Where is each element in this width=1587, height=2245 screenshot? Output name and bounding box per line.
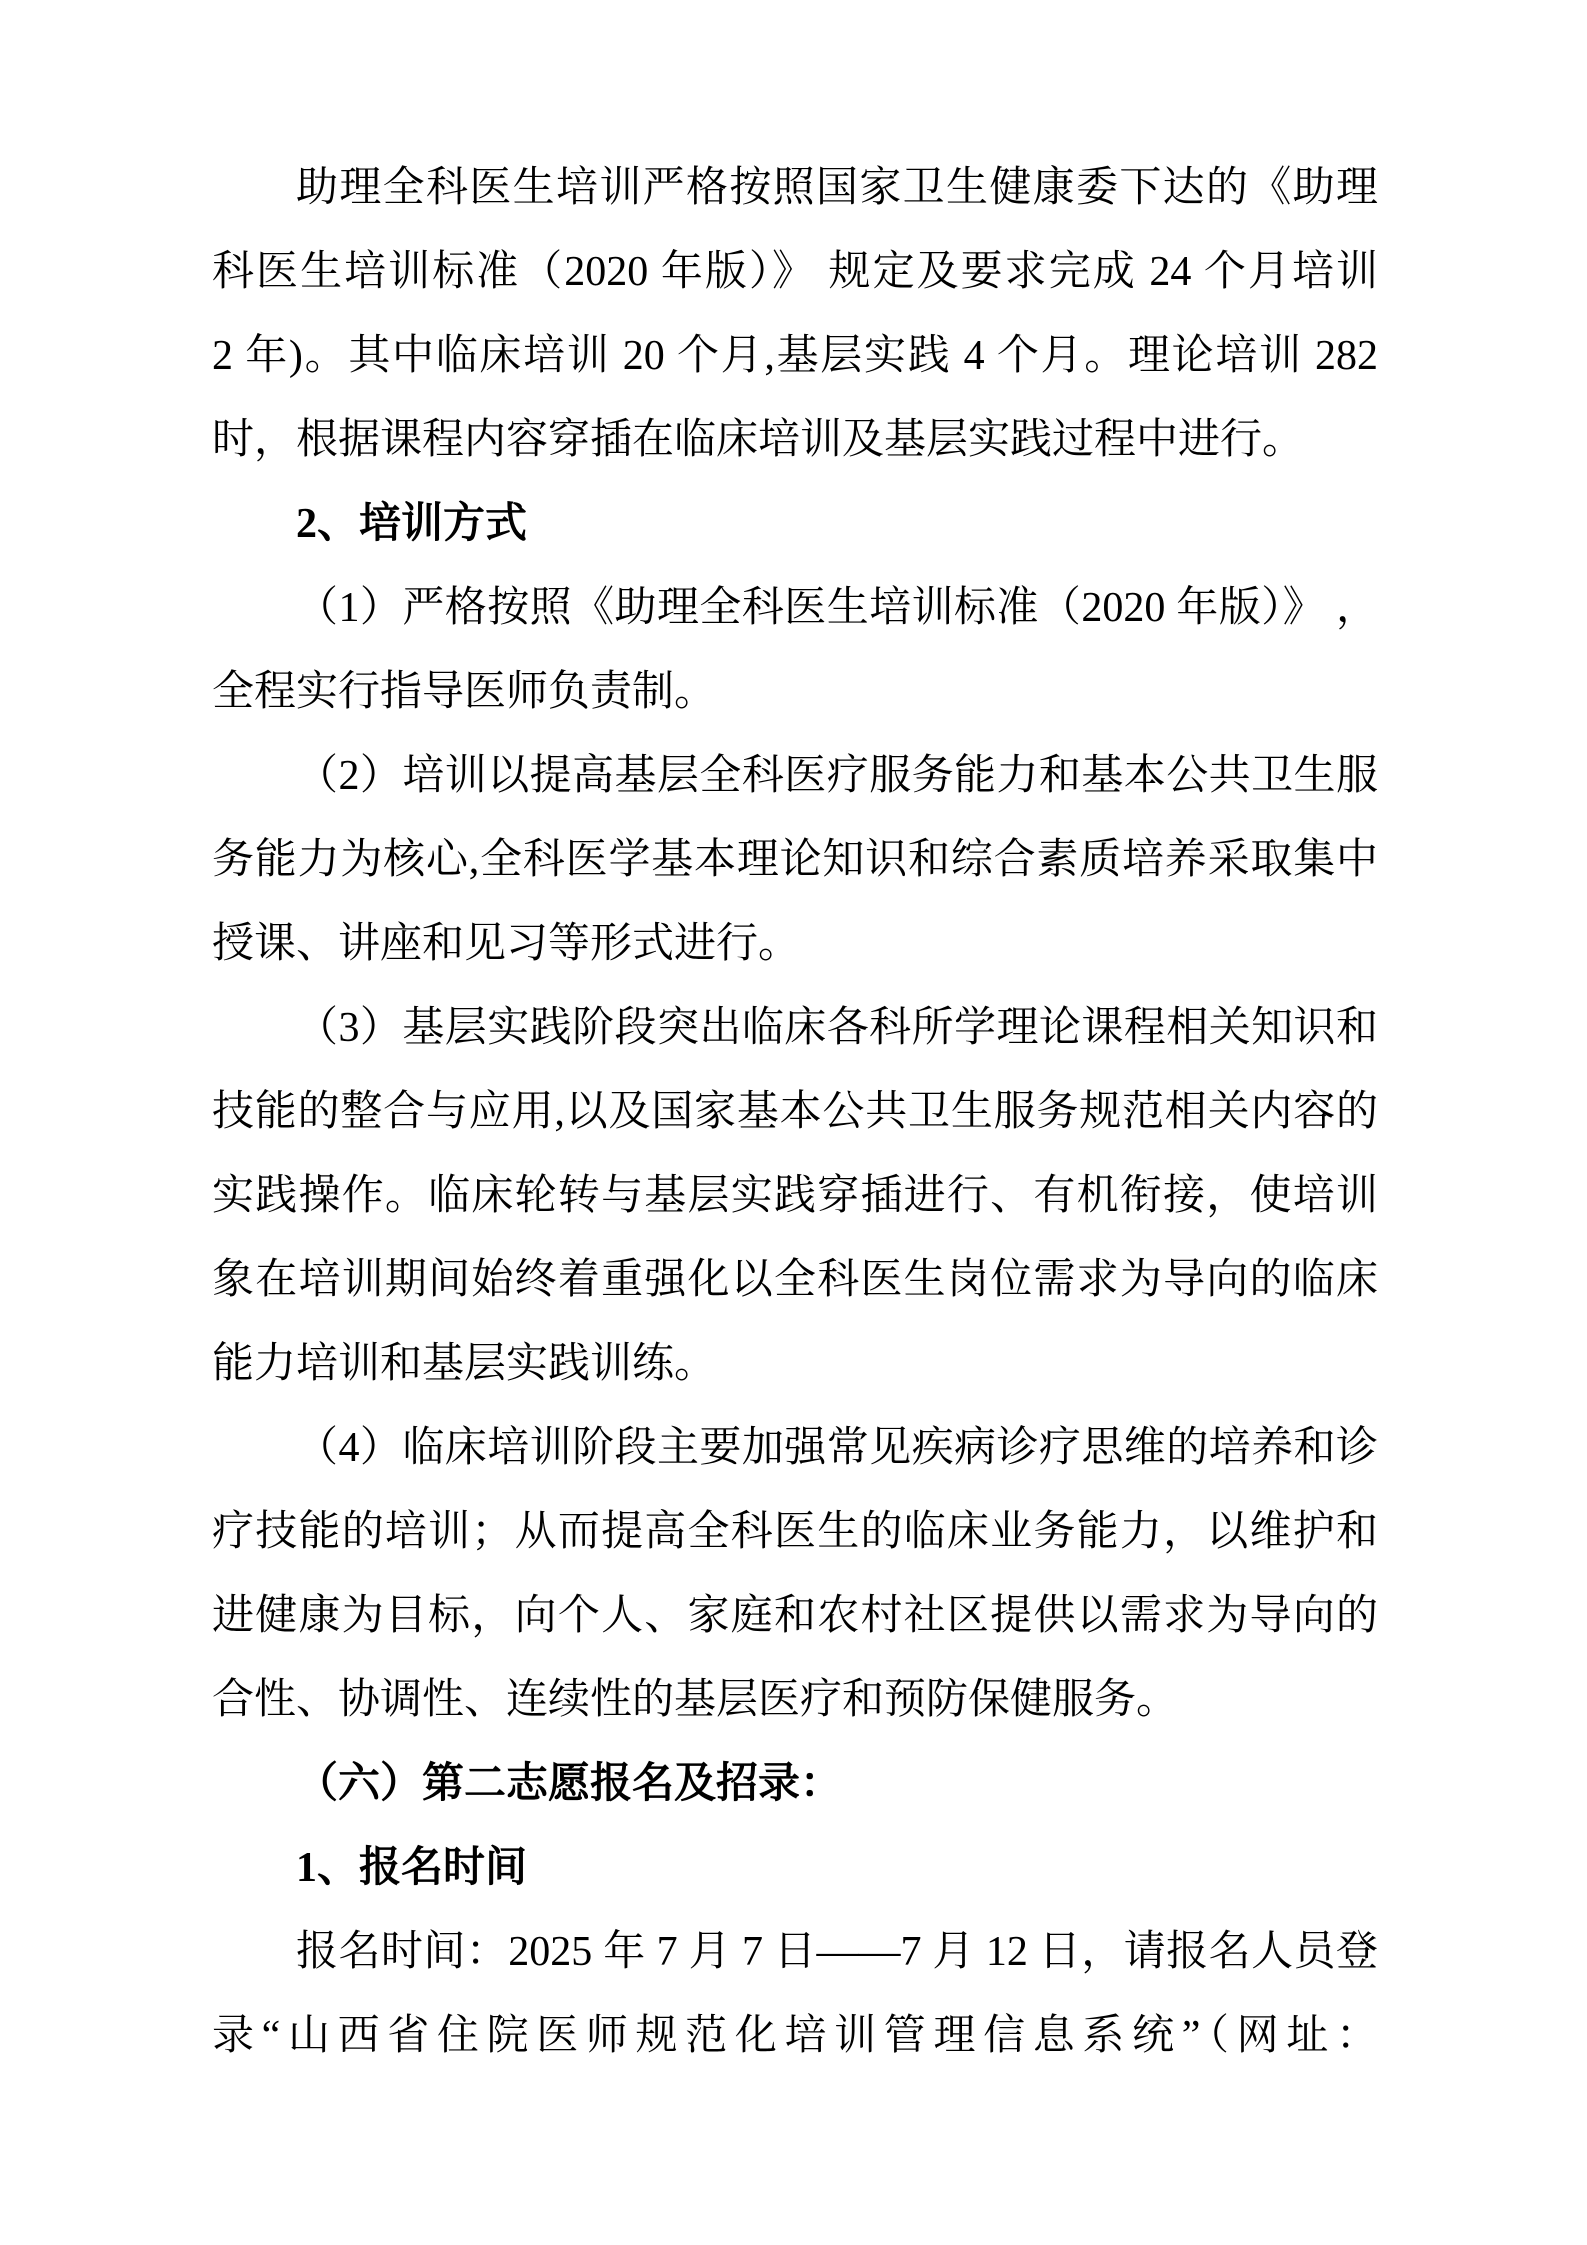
paragraph-line: （2）培训以提高基层全科医疗服务能力和基本公共卫生服 — [212, 734, 1378, 818]
paragraph-line: 报名时间：2025 年 7 月 7 日——7 月 12 日，请报名人员登 — [212, 1910, 1378, 1994]
paragraph-line: 实践操作。临床轮转与基层实践穿插进行、有机衔接，使培训对 — [212, 1154, 1378, 1238]
heading-second-choice-registration: （六）第二志愿报名及招录： — [212, 1742, 1378, 1826]
paragraph-line: 全程实行指导医师负责制。 — [212, 650, 1378, 734]
paragraph-line: 疗技能的培训；从而提高全科医生的临床业务能力，以维护和促 — [212, 1490, 1378, 1574]
heading-training-method: 2、培训方式 — [212, 482, 1378, 566]
paragraph-line: 授课、讲座和见习等形式进行。 — [212, 902, 1378, 986]
paragraph-line: （3）基层实践阶段突出临床各科所学理论课程相关知识和 — [212, 986, 1378, 1070]
paragraph-line: 时，根据课程内容穿插在临床培训及基层实践过程中进行。 — [212, 398, 1378, 482]
paragraph-line: 进健康为目标，向个人、家庭和农村社区提供以需求为导向的综 — [212, 1574, 1378, 1658]
paragraph-line: 录“山西省住院医师规范化培训管理信息系统”（网址： — [212, 1994, 1378, 2078]
paragraph-line: 技能的整合与应用,以及国家基本公共卫生服务规范相关内容的 — [212, 1070, 1378, 1154]
heading-registration-time: 1、报名时间 — [212, 1826, 1378, 1910]
paragraph-line: 合性、协调性、连续性的基层医疗和预防保健服务。 — [212, 1658, 1378, 1742]
document-page: 助理全科医生培训严格按照国家卫生健康委下达的《助理全 科医生培训标准（2020 … — [0, 0, 1587, 2245]
paragraph-line: 务能力为核心,全科医学基本理论知识和综合素质培养采取集中 — [212, 818, 1378, 902]
paragraph-line: （1）严格按照《助理全科医生培训标准（2020 年版）》 ， — [212, 566, 1378, 650]
paragraph-line: 能力培训和基层实践训练。 — [212, 1322, 1378, 1406]
paragraph-line: （4）临床培训阶段主要加强常见疾病诊疗思维的培养和诊 — [212, 1406, 1378, 1490]
paragraph-line: 助理全科医生培训严格按照国家卫生健康委下达的《助理全 — [212, 146, 1378, 230]
paragraph-line: 象在培训期间始终着重强化以全科医生岗位需求为导向的临床 — [212, 1238, 1378, 1322]
paragraph-line: 科医生培训标准（2020 年版）》 规定及要求完成 24 个月培训(共 — [212, 230, 1378, 314]
paragraph-line: 2 年)。其中临床培训 20 个月,基层实践 4 个月。理论培训 282 学 — [212, 314, 1378, 398]
text-block: 助理全科医生培训严格按照国家卫生健康委下达的《助理全 科医生培训标准（2020 … — [212, 146, 1378, 2078]
